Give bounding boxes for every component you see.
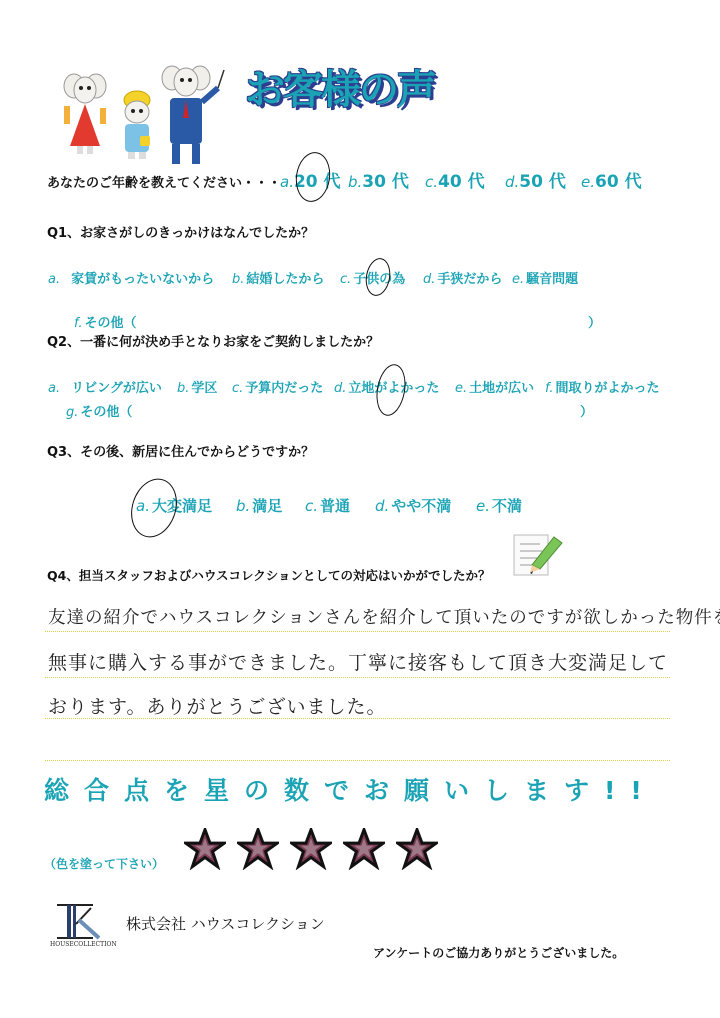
selection-circle-q3 bbox=[124, 473, 184, 544]
q3-option-b[interactable]: b.満足 bbox=[236, 495, 282, 516]
star-rating[interactable] bbox=[184, 828, 438, 870]
memo-pencil-icon bbox=[512, 531, 564, 581]
selection-circle-q2 bbox=[373, 362, 410, 418]
selection-circle-q1 bbox=[363, 256, 393, 298]
q2-option-other[interactable]: g.その他（ bbox=[66, 401, 132, 420]
company-name: 株式会社 ハウスコレクション bbox=[126, 913, 325, 934]
q2-option-b[interactable]: b.学区 bbox=[177, 377, 217, 396]
age-option-d[interactable]: d.50 代 bbox=[505, 167, 566, 192]
rating-instruction: （色を塗って下さい） bbox=[44, 855, 164, 872]
q1-option-a[interactable]: a. 家賃がもったいないから bbox=[48, 268, 214, 287]
q1-option-b[interactable]: b.結婚したから bbox=[232, 268, 324, 287]
q1-label: Q1、お家さがしのきっかけはなんでしたか？ bbox=[47, 222, 314, 241]
q4-label: Q4、担当スタッフおよびハウスコレクションとしての対応はいかがでしたか？ bbox=[47, 566, 490, 584]
q3-option-d[interactable]: d.やや不満 bbox=[375, 495, 451, 516]
q2-label: Q2、一番に何が決め手となりお家をご契約しましたか？ bbox=[47, 331, 379, 350]
star-icon-2[interactable] bbox=[237, 828, 279, 870]
page-title: お客様の声 bbox=[245, 58, 435, 115]
ruled-line bbox=[45, 631, 670, 632]
elephant-child-mascot-icon bbox=[115, 90, 159, 162]
thanks-message: アンケートのご協力ありがとうございました。 bbox=[373, 944, 624, 961]
q1-other-close-paren: ） bbox=[588, 312, 601, 331]
star-icon-3[interactable] bbox=[290, 828, 332, 870]
ruled-line bbox=[45, 677, 670, 678]
q2-option-c[interactable]: c.予算内だった bbox=[232, 377, 323, 396]
q2-option-f[interactable]: f.間取りがよかった bbox=[545, 377, 660, 396]
q2-option-e[interactable]: e.土地が広い bbox=[455, 377, 534, 396]
rating-banner: 総合点を星の数でお願いします!! bbox=[44, 771, 657, 807]
star-icon-5[interactable] bbox=[396, 828, 438, 870]
ruled-line bbox=[45, 718, 670, 719]
elephant-teacher-mascot-icon bbox=[160, 60, 225, 172]
ruled-line bbox=[45, 760, 670, 761]
q3-label: Q3、その後、新居に住んでからどうですか？ bbox=[47, 441, 314, 460]
q2-other-close-paren: ） bbox=[580, 401, 593, 420]
star-icon-4[interactable] bbox=[343, 828, 385, 870]
q4-answer-line-1[interactable]: 友達の紹介でハウスコレクションさんを紹介して頂いたのですが欲しかった物件を bbox=[48, 604, 720, 629]
q1-option-e[interactable]: e.騒音問題 bbox=[512, 268, 578, 287]
q4-answer-line-3[interactable]: おります。ありがとうございました。 bbox=[48, 692, 386, 719]
q3-option-e[interactable]: e.不満 bbox=[476, 495, 522, 516]
age-option-e[interactable]: e.60 代 bbox=[581, 167, 642, 192]
q4-answer-line-2[interactable]: 無事に購入する事ができました。丁寧に接客もして頂き大変満足して bbox=[48, 648, 668, 675]
q1-option-d[interactable]: d.手狭だから bbox=[423, 268, 502, 287]
selection-circle-age bbox=[293, 150, 334, 204]
mascot-group bbox=[60, 60, 220, 160]
q3-option-c[interactable]: c.普通 bbox=[305, 495, 350, 516]
q2-option-a[interactable]: a. リビングが広い bbox=[48, 377, 162, 396]
age-option-b[interactable]: b.30 代 bbox=[348, 167, 409, 192]
elephant-girl-mascot-icon bbox=[60, 68, 110, 158]
logo-caption: HOUSECOLLECTION bbox=[50, 941, 117, 948]
q1-option-other[interactable]: f.その他（ bbox=[74, 312, 137, 331]
age-option-c[interactable]: c.40 代 bbox=[425, 167, 485, 192]
star-icon-1[interactable] bbox=[184, 828, 226, 870]
company-logo-icon bbox=[55, 902, 115, 942]
age-question-label: あなたのご年齢を教えてください・・・ bbox=[47, 172, 281, 191]
